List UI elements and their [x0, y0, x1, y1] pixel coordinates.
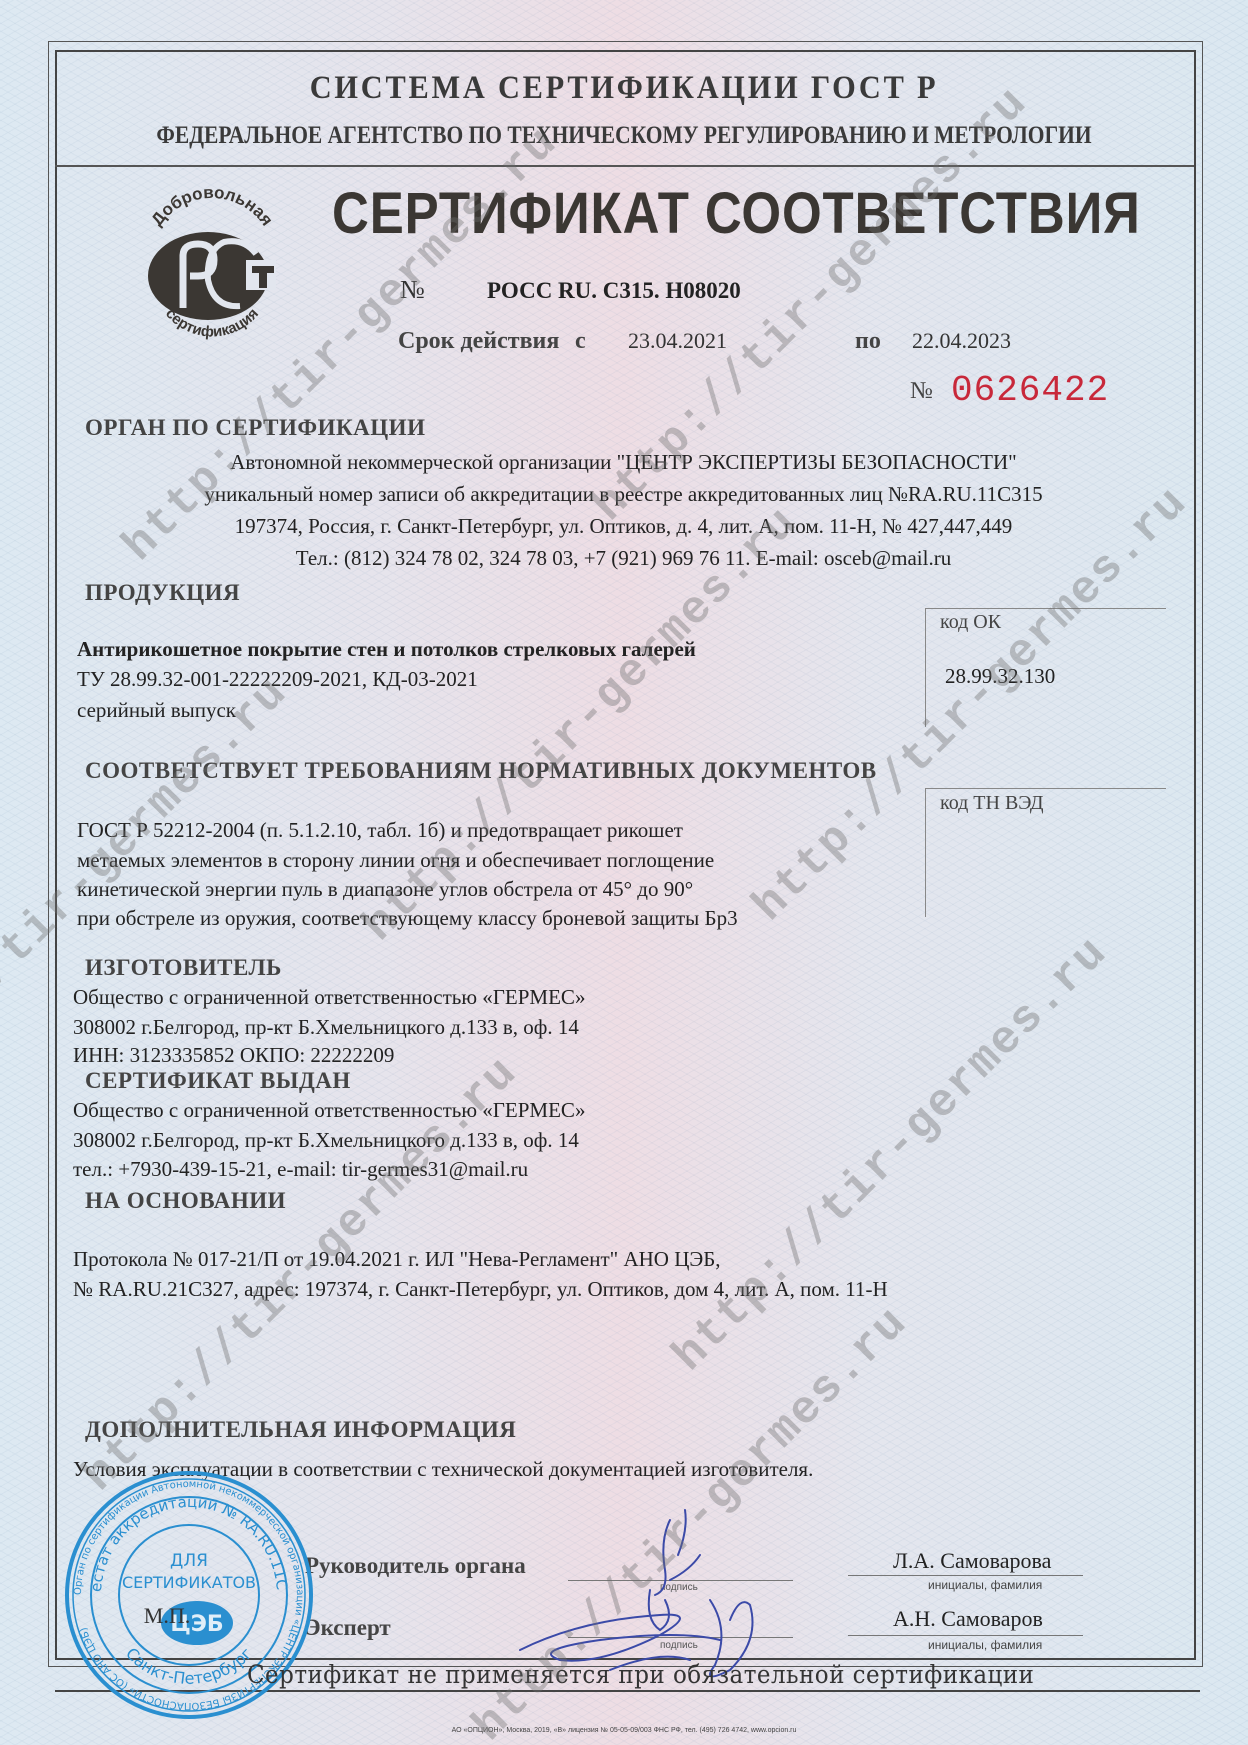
compliance-line: метаемых элементов в сторону линии огня … [77, 848, 714, 873]
manufacturer-heading: ИЗГОТОВИТЕЛЬ [85, 955, 282, 981]
expert-name-caption: инициалы, фамилия [928, 1638, 1042, 1652]
certificate-title: СЕРТИФИКАТ СООТВЕТСТВИЯ [332, 180, 1141, 247]
svg-text:СЕРТИФИКАТОВ: СЕРТИФИКАТОВ [122, 1573, 256, 1592]
printer-imprint: АО «ОПЦИОН», Москва, 2019, «В» лицензия … [0, 1727, 1248, 1734]
manufacturer-line: Общество с ограниченной ответственностью… [73, 985, 585, 1010]
certification-body-line: Автономной некоммерческой организации "Ц… [55, 450, 1192, 475]
product-spec: ТУ 28.99.32-001-22222209-2021, КД-03-202… [77, 667, 478, 692]
additional-info-heading: ДОПОЛНИТЕЛЬНАЯ ИНФОРМАЦИЯ [85, 1417, 516, 1443]
head-name: Л.А. Самоварова [893, 1548, 1051, 1574]
certification-body-line: 197374, Россия, г. Санкт-Петербург, ул. … [55, 514, 1192, 539]
issued-to-line: 308002 г.Белгород, пр-кт Б.Хмельницкого … [73, 1128, 579, 1153]
ok-code-box: код ОК 28.99.32.130 [925, 608, 1166, 727]
issued-to-line: Общество с ограниченной ответственностью… [73, 1098, 585, 1123]
manufacturer-line: 308002 г.Белгород, пр-кт Б.Хмельницкого … [73, 1015, 579, 1040]
svg-text:Добровольная: Добровольная [147, 183, 276, 230]
head-name-caption: инициалы, фамилия [928, 1578, 1042, 1592]
compliance-line: ГОСТ Р 52212-2004 (п. 5.1.2.10, табл. 1б… [77, 818, 683, 843]
head-name-line [848, 1575, 1083, 1576]
compliance-line: кинетической энергии пуль в диапазоне уг… [77, 877, 693, 902]
compliance-heading: СООТВЕТСТВУЕТ ТРЕБОВАНИЯМ НОРМАТИВНЫХ ДО… [85, 758, 877, 784]
product-heading: ПРОДУКЦИЯ [85, 580, 240, 606]
issued-to-heading: СЕРТИФИКАТ ВЫДАН [85, 1068, 351, 1094]
compliance-line: при обстреле из оружия, соответствующему… [77, 906, 738, 931]
manufacturer-line: ИНН: 3123335852 ОКПО: 22222209 [73, 1043, 394, 1068]
product-name: Антирикошетное покрытие стен и потолков … [77, 637, 696, 662]
tn-ved-code-box: код ТН ВЭД [925, 788, 1166, 917]
valid-from-date: 23.04.2021 [628, 328, 727, 354]
valid-to-date: 22.04.2023 [912, 328, 1011, 354]
certification-body-heading: ОРГАН ПО СЕРТИФИКАЦИИ [85, 415, 425, 441]
expert-name-line [848, 1635, 1083, 1636]
serial-number: 0626422 [951, 370, 1109, 411]
product-release: серийный выпуск [77, 698, 236, 723]
disclaimer: Сертификат не применяется при обязательн… [247, 1660, 1034, 1689]
ok-code-value: 28.99.32.130 [945, 664, 1055, 689]
certification-body-line: уникальный номер записи об аккредитации … [55, 482, 1192, 507]
validity-from-label: с [575, 328, 586, 355]
basis-line: Протокола № 017-21/П от 19.04.2021 г. ИЛ… [73, 1247, 721, 1272]
agency-name: ФЕДЕРАЛЬНОЕ АГЕНТСТВО ПО ТЕХНИЧЕСКОМУ РЕ… [87, 122, 1160, 150]
validity-label: Срок действия [398, 328, 559, 355]
header-divider [55, 165, 1194, 167]
tn-ved-code-label: код ТН ВЭД [940, 792, 1043, 815]
expert-name: А.Н. Самоваров [893, 1606, 1043, 1632]
certification-body-line: Тел.: (812) 324 78 02, 324 78 03, +7 (92… [55, 546, 1192, 571]
validity-to-label: по [855, 328, 881, 355]
svg-text:М.П.: М.П. [144, 1603, 190, 1628]
serial-number-label: № [910, 378, 933, 405]
rst-logo-icon: Добровольная сертификация [128, 180, 296, 348]
certificate-number: РОСС RU. С315. Н08020 [487, 278, 741, 304]
certificate-number-label: № [400, 275, 425, 305]
ok-code-label: код ОК [940, 611, 1001, 634]
expert-label: Эксперт [305, 1615, 391, 1641]
svg-text:ДЛЯ: ДЛЯ [170, 1551, 208, 1571]
basis-line: № RA.RU.21С327, адрес: 197374, г. Санкт-… [73, 1277, 888, 1302]
issued-to-line: тел.: +7930-439-15-21, e-mail: tir-germe… [73, 1157, 528, 1182]
basis-heading: НА ОСНОВАНИИ [85, 1188, 286, 1214]
system-title: СИСТЕМА СЕРТИФИКАЦИИ ГОСТ Р [50, 70, 1198, 107]
